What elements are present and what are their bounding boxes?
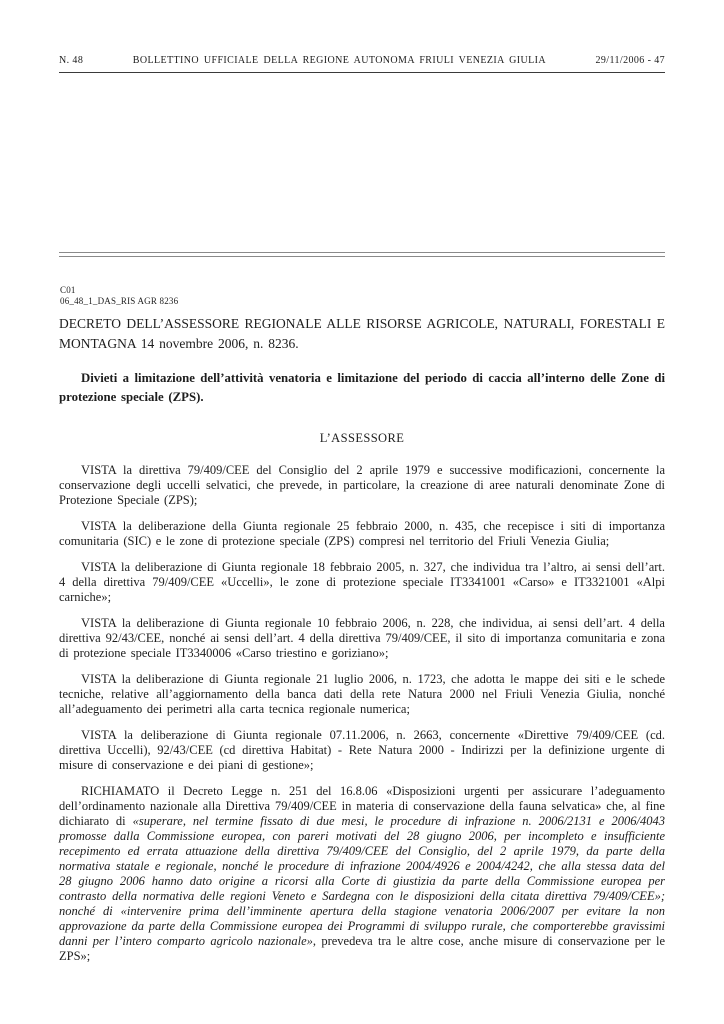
page-header: N. 48 BOLLETTINO UFFICIALE DELLA REGIONE… [59, 55, 665, 73]
decree-body: DECRETO DELL’ASSESSORE REGIONALE ALLE RI… [59, 314, 665, 964]
recital-paragraph-3: VISTA la deliberazione di Giunta regiona… [59, 560, 665, 605]
recital-paragraph-4: VISTA la deliberazione di Giunta regiona… [59, 616, 665, 661]
recital-paragraph-6: VISTA la deliberazione di Giunta regiona… [59, 728, 665, 773]
decree-subject: Divieti a limitazione dell’attività vena… [59, 369, 665, 407]
document-code-line-1: C01 [60, 285, 178, 296]
header-issue-number: N. 48 [59, 55, 83, 66]
issuer-heading: L’ASSESSORE [59, 431, 665, 446]
header-journal-title: BOLLETTINO UFFICIALE DELLA REGIONE AUTON… [83, 55, 595, 66]
decree-title: DECRETO DELL’ASSESSORE REGIONALE ALLE RI… [59, 314, 665, 354]
gazette-page: N. 48 BOLLETTINO UFFICIALE DELLA REGIONE… [0, 0, 724, 1024]
document-code-block: C01 06_48_1_DAS_RIS AGR 8236 [60, 285, 178, 306]
recital-paragraph-1: VISTA la direttiva 79/409/CEE del Consig… [59, 463, 665, 508]
recital-paragraph-2: VISTA la deliberazione della Giunta regi… [59, 519, 665, 549]
header-date-page: 29/11/2006 - 47 [595, 55, 665, 66]
final-recital-quoted-italic: «superare, nel termine fissato di due me… [59, 814, 665, 948]
section-divider-double-rule [59, 252, 665, 257]
recital-paragraph-5: VISTA la deliberazione di Giunta regiona… [59, 672, 665, 717]
recital-paragraph-final: RICHIAMATO il Decreto Legge n. 251 del 1… [59, 784, 665, 964]
document-code-line-2: 06_48_1_DAS_RIS AGR 8236 [60, 296, 178, 307]
